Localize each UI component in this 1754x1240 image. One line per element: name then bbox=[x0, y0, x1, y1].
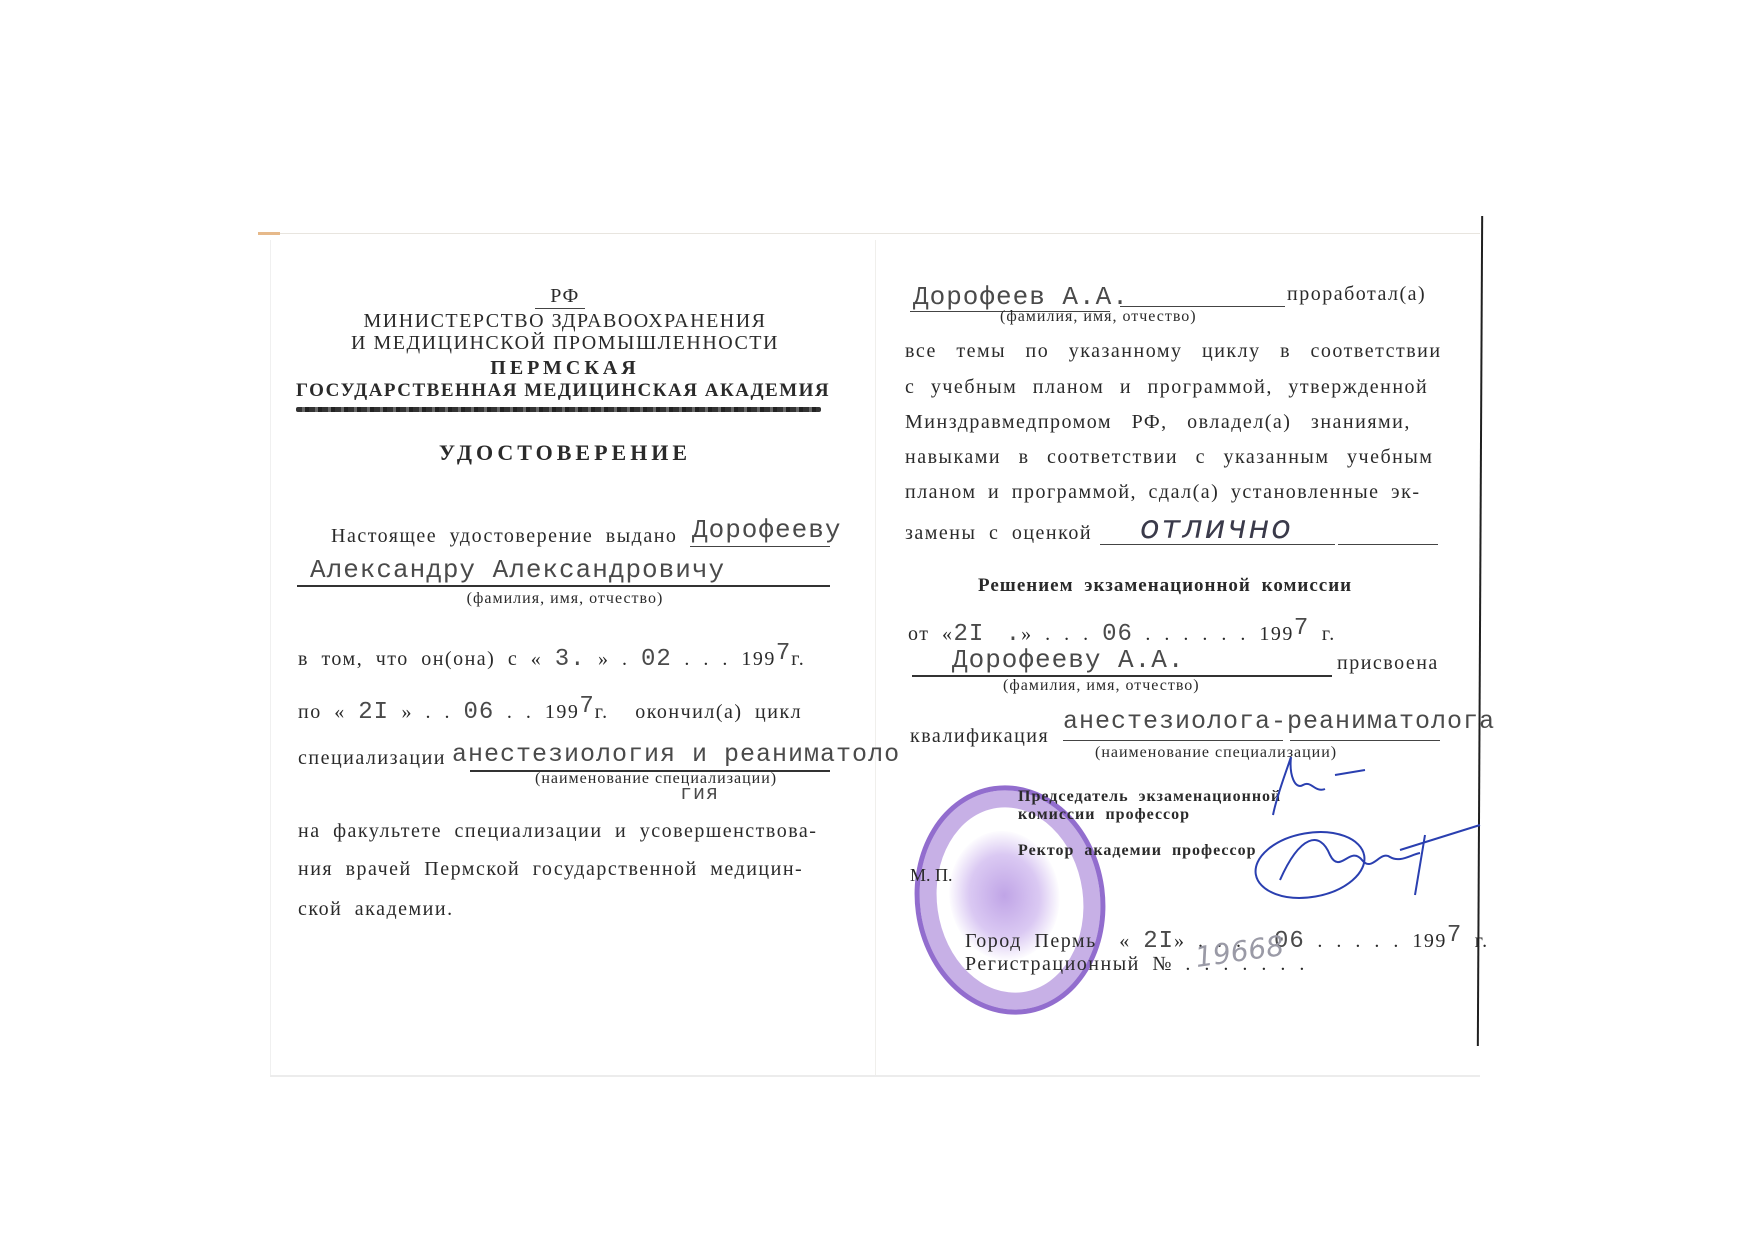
city-date-year-prefix: 199 bbox=[1412, 930, 1447, 952]
from-year-suffix: г. bbox=[791, 648, 805, 670]
qualification-underline-2 bbox=[1290, 740, 1440, 741]
country-underline bbox=[535, 308, 585, 309]
city-date-year-digit: 7 bbox=[1447, 922, 1462, 949]
document-left-edge bbox=[270, 240, 271, 1075]
decision-month: 06 bbox=[1102, 621, 1133, 648]
worked-label: проработал(а) bbox=[1287, 283, 1426, 306]
specialization-wrap: гия bbox=[680, 783, 719, 806]
name-caption: (фамилия, имя, отчество) bbox=[300, 590, 830, 608]
from-year-prefix: 199 bbox=[741, 648, 776, 670]
decision-year-suffix: г. bbox=[1322, 623, 1336, 645]
to-day: 2I bbox=[358, 699, 389, 726]
to-prefix: по « bbox=[298, 701, 346, 723]
from-prefix: в том, что он(она) с « bbox=[298, 648, 542, 670]
completed-label: окончил(а) цикл bbox=[635, 701, 802, 723]
quote-close: » . . bbox=[402, 701, 452, 723]
document-top-edge bbox=[262, 233, 1480, 234]
from-day: 3. bbox=[555, 646, 586, 673]
assigned-label: присвоена bbox=[1337, 652, 1439, 675]
edge-mark bbox=[258, 232, 280, 235]
quote-close: » . bbox=[598, 648, 629, 670]
academy-line-2: ГОСУДАРСТВЕННАЯ МЕДИЦИНСКАЯ АКАДЕМИЯ bbox=[296, 380, 826, 402]
seal-label: М. П. bbox=[910, 865, 953, 886]
chairman-line-1: Председатель экзаменационной bbox=[1018, 788, 1281, 806]
city-label: Город Пермь bbox=[965, 930, 1097, 952]
qualification-value: анестезиолога-реаниматолога bbox=[1063, 707, 1495, 736]
text-line-3: Минздравмедпромом РФ, овладел(а) знаниям… bbox=[905, 411, 1411, 434]
academy-line-1: ПЕРМСКАЯ bbox=[300, 357, 830, 380]
registration-label: Регистрационный № bbox=[965, 953, 1173, 975]
from-date-line: в том, что он(она) с « 3. » . 02 . . . 1… bbox=[298, 640, 805, 673]
country-label: РФ bbox=[520, 285, 610, 308]
text-line-4: навыками в соответствии с указанным учеб… bbox=[905, 446, 1433, 469]
grade-value: отлично bbox=[1140, 508, 1293, 546]
decision-date-line: от «2I .» . . . 06 . . . . . . 1997 г. bbox=[908, 615, 1336, 648]
text-line-2: с учебным планом и программой, утвержден… bbox=[905, 376, 1428, 399]
qualification-label: квалификация bbox=[910, 725, 1049, 748]
faculty-line-1: на факультете специализации и усовершенс… bbox=[298, 820, 817, 843]
from-month: 02 bbox=[641, 646, 672, 673]
specialization-label: специализации bbox=[298, 747, 446, 770]
to-year-digit: 7 bbox=[579, 693, 594, 720]
decision-day: 2I . bbox=[953, 621, 1021, 648]
center-fold bbox=[875, 240, 876, 1075]
assigned-caption: (фамилия, имя, отчество) bbox=[1003, 677, 1200, 695]
text-line-1: все темы по указанному циклу в соответст… bbox=[905, 340, 1442, 363]
document-bottom-edge bbox=[270, 1075, 1480, 1077]
faculty-line-3: ской академии. bbox=[298, 898, 454, 921]
quote-open: « bbox=[1119, 930, 1131, 952]
decision-prefix: от « bbox=[908, 623, 953, 645]
rector-signature bbox=[1250, 815, 1490, 925]
quote-close: » . . . bbox=[1021, 623, 1090, 645]
student-name-caption: (фамилия, имя, отчество) bbox=[1000, 308, 1197, 326]
dots: . . bbox=[507, 701, 533, 723]
grade-underline-2 bbox=[1338, 544, 1438, 545]
surname-underline bbox=[690, 546, 830, 547]
decision-year-prefix: 199 bbox=[1259, 623, 1294, 645]
decision-year-digit: 7 bbox=[1294, 615, 1309, 642]
chairman-line-2: комиссии профессор bbox=[1018, 806, 1190, 824]
qualification-underline-1 bbox=[1063, 740, 1283, 741]
to-date-line: по « 2I » . . 06 . . 1997г. окончил(а) ц… bbox=[298, 693, 802, 726]
grade-underline bbox=[1100, 544, 1335, 545]
name-underline bbox=[297, 585, 830, 587]
specialization-value: анестезиология и реаниматоло bbox=[452, 740, 900, 769]
specialization-caption: (наименование специализации) bbox=[535, 770, 777, 788]
header-ornament-rule bbox=[296, 407, 821, 412]
dots: . . . . . . bbox=[1145, 623, 1247, 645]
grade-label: замены с оценкой bbox=[905, 522, 1092, 545]
dots: . . . bbox=[684, 648, 729, 670]
city-date-day: 2I bbox=[1143, 928, 1174, 955]
ministry-line-1: МИНИСТЕРСТВО ЗДРАВООХРАНЕНИЯ bbox=[300, 310, 830, 333]
recipient-surname: Дорофееву bbox=[692, 515, 841, 545]
student-name-blank-line bbox=[1120, 306, 1285, 307]
rector-label: Ректор академии профессор bbox=[1018, 842, 1257, 860]
recipient-name: Александру Александровичу bbox=[310, 555, 725, 585]
issued-label: Настоящее удостоверение выдано bbox=[331, 525, 677, 548]
to-year-suffix: г. bbox=[595, 701, 609, 723]
city-year-suffix: г. bbox=[1475, 930, 1489, 952]
from-year-digit: 7 bbox=[776, 640, 791, 667]
document-title: УДОСТОВЕРЕНИЕ bbox=[300, 440, 830, 466]
assigned-name: Дорофееву А.А. bbox=[952, 645, 1184, 675]
ministry-line-2: И МЕДИЦИНСКОЙ ПРОМЫШЛЕННОСТИ bbox=[300, 332, 830, 355]
to-year-prefix: 199 bbox=[545, 701, 580, 723]
text-line-5: планом и программой, сдал(а) установленн… bbox=[905, 481, 1420, 504]
dots: . . . . . bbox=[1317, 930, 1400, 952]
faculty-line-2: ния врачей Пермской государственной меди… bbox=[298, 858, 803, 881]
commission-heading: Решением экзаменационной комиссии bbox=[978, 575, 1352, 597]
to-month: 06 bbox=[464, 699, 495, 726]
